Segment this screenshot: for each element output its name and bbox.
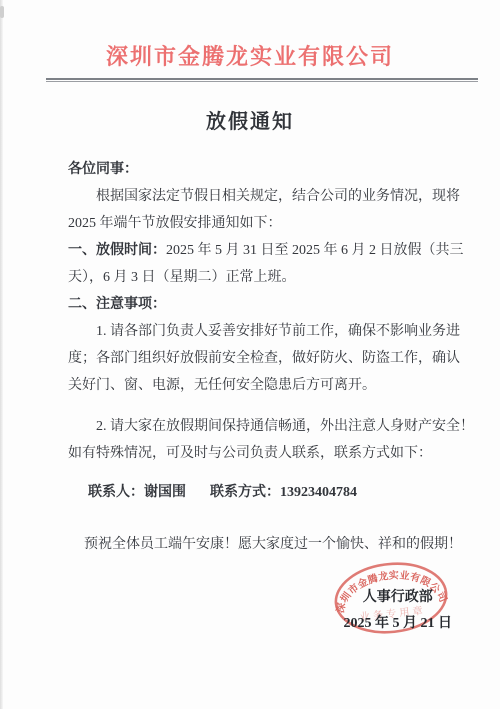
intro-line-2: 2025 年端午节放假安排通知如下：	[68, 210, 458, 237]
note1-line-1: 1. 请各部门负责人妥善安排好节前工作，确保不影响业务进	[68, 318, 458, 345]
contact-phone-number: 13923404784	[280, 485, 357, 500]
holiday-time-line-2: 天），6 月 3 日（星期二）正常上班。	[68, 264, 458, 291]
contact-person-name: 谢国围	[144, 485, 186, 500]
scan-corner-smudge	[0, 6, 4, 18]
scan-edge-artifact	[0, 0, 3, 709]
document-title: 放假通知	[0, 108, 500, 136]
signature-date: 2025 年 5 月 21 日	[344, 611, 453, 637]
signature-department: 人事行政部	[344, 585, 453, 611]
header-double-rule	[46, 78, 478, 82]
signature-inner: 人事行政部 2025 年 5 月 21 日	[344, 585, 453, 637]
signature-block: 人事行政部 2025 年 5 月 21 日	[68, 585, 458, 637]
intro-line-1: 根据国家法定节假日相关规定，结合公司的业务情况，现将	[68, 183, 458, 210]
contact-person-label: 联系人：	[88, 485, 144, 500]
note2-line-1: 2. 请大家在放假期间保持通信畅通，外出注意人身财产安全！	[68, 413, 458, 440]
note2-line-2: 如有特殊情况，可及时与公司负责人联系，联系方式如下：	[68, 440, 458, 467]
notes-heading: 二、注意事项：	[68, 291, 458, 318]
holiday-time-label: 一、放假时间：	[68, 243, 166, 258]
wish-line: 预祝全体员工端午安康！愿大家度过一个愉快、祥和的假期！	[68, 531, 458, 558]
contact-line: 联系人：谢国围联系方式：13923404784	[68, 479, 458, 506]
holiday-time-line-1: 一、放假时间：2025 年 5 月 31 日至 2025 年 6 月 2 日放假…	[68, 237, 458, 264]
salutation: 各位同事：	[68, 156, 458, 183]
note1-line-2: 度；各部门组织好放假前安全检查，做好防火、防盗工作，确认	[68, 345, 458, 372]
contact-phone-label: 联系方式：	[210, 485, 280, 500]
note1-line-3: 关好门、窗、电源，无任何安全隐患后方可离开。	[68, 372, 458, 399]
company-name-header: 深圳市金腾龙实业有限公司	[0, 0, 500, 72]
holiday-time-dates: 2025 年 5 月 31 日至 2025 年 6 月 2 日放假（共三	[166, 243, 464, 258]
scanned-notice-page: 深圳市金腾龙实业有限公司 放假通知 各位同事： 根据国家法定节假日相关规定，结合…	[0, 0, 500, 709]
